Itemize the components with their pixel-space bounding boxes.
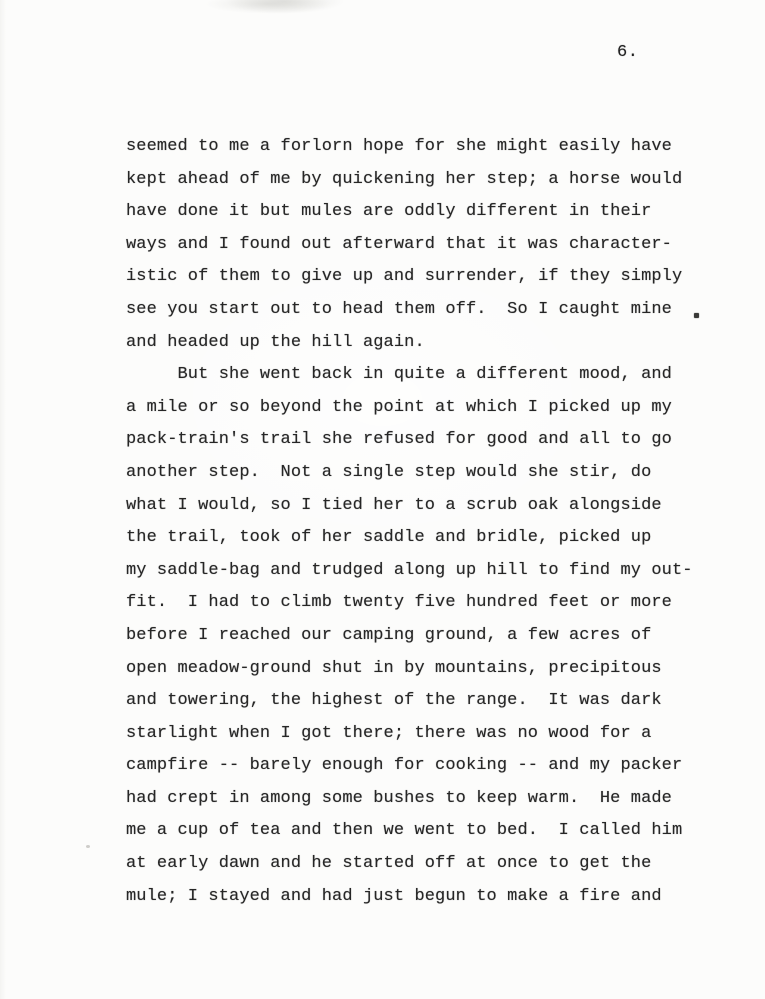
text-line: had crept in among some bushes to keep w… — [126, 783, 726, 816]
text-line: fit. I had to climb twenty five hundred … — [126, 587, 726, 620]
text-line: kept ahead of me by quickening her step;… — [126, 164, 726, 197]
text-line: at early dawn and he started off at once… — [126, 848, 726, 881]
text-line: the trail, took of her saddle and bridle… — [126, 522, 726, 555]
text-line: what I would, so I tied her to a scrub o… — [126, 490, 726, 523]
text-line: another step. Not a single step would sh… — [126, 457, 726, 490]
text-line: pack-train's trail she refused for good … — [126, 424, 726, 457]
text-line: and towering, the highest of the range. … — [126, 685, 726, 718]
text-line: campfire -- barely enough for cooking --… — [126, 750, 726, 783]
manuscript-page: 6. seemed to me a forlorn hope for she m… — [0, 0, 765, 999]
typewritten-text-block: seemed to me a forlorn hope for she migh… — [126, 131, 726, 913]
scan-smudge — [225, 0, 345, 14]
text-line: mule; I stayed and had just begun to mak… — [126, 881, 726, 914]
text-line: a mile or so beyond the point at which I… — [126, 392, 726, 425]
text-line: my saddle-bag and trudged along up hill … — [126, 555, 726, 588]
text-line: istic of them to give up and surrender, … — [126, 261, 726, 294]
page-number: 6. — [617, 42, 638, 64]
text-line: ways and I found out afterward that it w… — [126, 229, 726, 262]
text-line: see you start out to head them off. So I… — [126, 294, 726, 327]
text-line: me a cup of tea and then we went to bed.… — [126, 815, 726, 848]
text-line: starlight when I got there; there was no… — [126, 718, 726, 751]
text-line: before I reached our camping ground, a f… — [126, 620, 726, 653]
text-line: open meadow-ground shut in by mountains,… — [126, 653, 726, 686]
scan-speck — [86, 845, 90, 848]
text-line: But she went back in quite a different m… — [126, 359, 726, 392]
text-line: have done it but mules are oddly differe… — [126, 196, 726, 229]
text-line: seemed to me a forlorn hope for she migh… — [126, 131, 726, 164]
text-line: and headed up the hill again. — [126, 327, 726, 360]
ink-speck — [694, 313, 699, 318]
